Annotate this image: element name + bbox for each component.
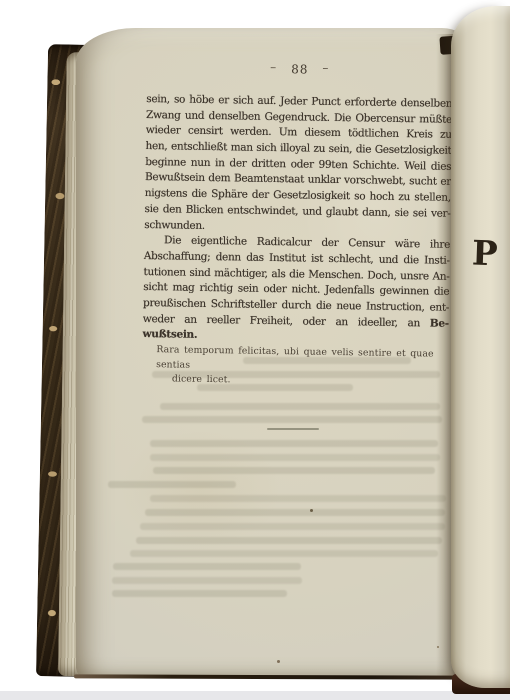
header-dash-left: –	[270, 60, 277, 74]
show-through-line	[150, 495, 446, 502]
table-surface	[0, 691, 510, 700]
show-through-line	[142, 416, 442, 423]
paper-stain	[120, 430, 280, 550]
page-number: 88	[291, 62, 308, 76]
text-segment: weder an reeller Freiheit, oder an ideel…	[143, 313, 430, 330]
foxing-speck	[310, 509, 313, 512]
show-through-line	[145, 509, 445, 516]
show-through-line	[153, 467, 435, 474]
show-through-line	[150, 440, 438, 447]
show-through-line	[160, 403, 440, 410]
show-through-line	[112, 577, 302, 584]
body-text: sein, so höbe er sich auf. Jeder Punct e…	[142, 92, 452, 348]
show-through-line	[108, 481, 236, 488]
show-through-line	[112, 590, 287, 597]
turning-page: P	[451, 6, 510, 688]
header-dash-right: –	[322, 61, 329, 75]
page-header: –88–	[147, 60, 453, 80]
show-through-line	[130, 550, 438, 557]
section-rule-show-through	[267, 428, 319, 430]
cover-bottom-edge	[74, 674, 466, 679]
foxing-speck	[277, 660, 280, 663]
book-photo: –88– sein, so höbe er sich auf. Jeder Pu…	[0, 0, 510, 700]
show-through-line	[140, 523, 445, 530]
footnote: Rara temporum felicitas, ubi quae velis …	[142, 343, 449, 391]
show-through-line	[150, 454, 440, 461]
show-through-line	[113, 563, 301, 570]
page-text: –88– sein, so höbe er sich auf. Jeder Pu…	[142, 54, 453, 391]
show-through-line	[136, 537, 442, 544]
next-page-heading-letter: P	[471, 234, 498, 275]
